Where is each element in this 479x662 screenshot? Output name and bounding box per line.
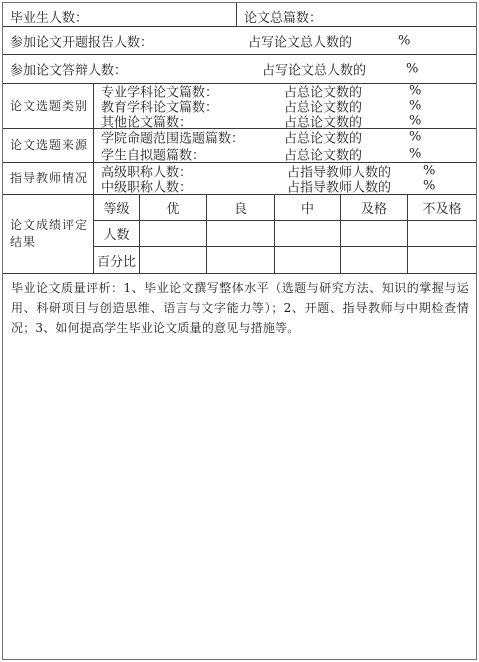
middle-title-ratio: 占指导教师人数的 xyxy=(287,177,391,196)
grade-header-medium: 中 xyxy=(275,195,341,220)
row-counts: 毕业生人数： 论文总篇数： xyxy=(3,3,476,27)
middle-title-percent-sign: % xyxy=(423,179,435,194)
defense-label: 参加论文答辩人数： xyxy=(10,60,127,79)
topic-source-body: 学院命题范围选题篇数： 占总论文数的 % 学生自拟题篇数： 占总论文数的 % xyxy=(94,129,476,162)
defense-ratio: 占写论文总人数的 xyxy=(262,60,366,79)
topic-category-title: 论文选题类别 xyxy=(3,84,94,128)
line-middle-title: 中级职称人数： 占指导教师人数的 % xyxy=(94,179,476,195)
grade-header-fail: 不及格 xyxy=(408,195,476,220)
grade-count-row: 人数 xyxy=(94,221,476,248)
field-total-papers: 论文总篇数： xyxy=(237,3,476,26)
topic-source-title: 论文选题来源 xyxy=(3,129,94,162)
grade-percent-label: 百分比 xyxy=(94,247,140,273)
defense-percent-sign: % xyxy=(406,62,418,77)
major-papers-percent-sign: % xyxy=(409,84,421,99)
line-college-topics: 学院命题范围选题篇数： 占总论文数的 % xyxy=(94,129,476,146)
line-self-topics: 学生自拟题篇数： 占总论文数的 % xyxy=(94,146,476,163)
grade-count-label: 人数 xyxy=(94,221,140,247)
opening-report-label: 参加论文开题报告人数： xyxy=(10,31,153,50)
grade-count-fail-cell[interactable] xyxy=(408,221,476,247)
line-other-papers: 其他论文篇数： 占总论文数的 % xyxy=(94,113,476,128)
grade-percent-pass-cell[interactable] xyxy=(341,247,408,273)
grade-count-pass-cell[interactable] xyxy=(341,221,408,247)
row-opening-report: 参加论文开题报告人数： 占写论文总人数的 % xyxy=(3,27,476,55)
advisors-title: 指导教师情况 xyxy=(3,163,94,194)
college-topics-percent-sign: % xyxy=(409,130,421,145)
education-papers-percent-sign: % xyxy=(409,99,421,114)
quality-analysis-cell[interactable]: 毕业论文质量评析：1、毕业论文撰写整体水平（选题与研究方法、知识的掌握与运用、科… xyxy=(3,274,476,659)
advisors-body: 高级职称人数： 占指导教师人数的 % 中级职称人数： 占指导教师人数的 % xyxy=(94,163,476,194)
statistics-table: 毕业生人数： 论文总篇数： 参加论文开题报告人数： 占写论文总人数的 % 参加论… xyxy=(2,2,477,660)
grade-header-level: 等级 xyxy=(94,195,140,220)
field-graduates-count: 毕业生人数： xyxy=(3,3,237,26)
other-papers-percent-sign: % xyxy=(409,113,421,128)
total-papers-label: 论文总篇数： xyxy=(244,7,476,26)
grade-percent-excellent-cell[interactable] xyxy=(140,247,207,273)
grade-grid: 等级 优 良 中 及格 不及格 人数 百分比 xyxy=(94,195,476,273)
grade-results-title: 论文成绩评定结果 xyxy=(3,195,94,273)
graduates-label: 毕业生人数： xyxy=(10,7,236,26)
grade-header-row: 等级 优 良 中 及格 不及格 xyxy=(94,195,476,221)
opening-report-percent-sign: % xyxy=(398,33,410,48)
grade-percent-good-cell[interactable] xyxy=(207,247,275,273)
grade-percent-row: 百分比 xyxy=(94,247,476,273)
section-advisors: 指导教师情况 高级职称人数： 占指导教师人数的 % 中级职称人数： 占指导教师人… xyxy=(3,163,476,195)
grade-count-excellent-cell[interactable] xyxy=(140,221,207,247)
topic-category-body: 专业学科论文篇数： 占总论文数的 % 教育学科论文篇数： 占总论文数的 % 其他… xyxy=(94,84,476,128)
grade-header-good: 良 xyxy=(207,195,275,220)
grade-header-pass: 及格 xyxy=(341,195,408,220)
quality-analysis-text: 毕业论文质量评析：1、毕业论文撰写整体水平（选题与研究方法、知识的掌握与运用、科… xyxy=(11,278,469,338)
section-topic-source: 论文选题来源 学院命题范围选题篇数： 占总论文数的 % 学生自拟题篇数： 占总论… xyxy=(3,129,476,163)
form-page: 毕业生人数： 论文总篇数： 参加论文开题报告人数： 占写论文总人数的 % 参加论… xyxy=(0,0,479,662)
grade-header-excellent: 优 xyxy=(140,195,207,220)
row-defense: 参加论文答辩人数： 占写论文总人数的 % xyxy=(3,55,476,84)
opening-report-ratio: 占写论文总人数的 xyxy=(248,31,352,50)
grade-percent-fail-cell[interactable] xyxy=(408,247,476,273)
middle-title-label: 中级职称人数： xyxy=(101,177,192,196)
senior-title-percent-sign: % xyxy=(423,163,435,178)
grade-count-good-cell[interactable] xyxy=(207,221,275,247)
section-topic-category: 论文选题类别 专业学科论文篇数： 占总论文数的 % 教育学科论文篇数： 占总论文… xyxy=(3,84,476,129)
grade-percent-medium-cell[interactable] xyxy=(275,247,341,273)
grade-count-medium-cell[interactable] xyxy=(275,221,341,247)
section-grade-results: 论文成绩评定结果 等级 优 良 中 及格 不及格 人数 xyxy=(3,195,476,274)
self-topics-percent-sign: % xyxy=(409,146,421,161)
